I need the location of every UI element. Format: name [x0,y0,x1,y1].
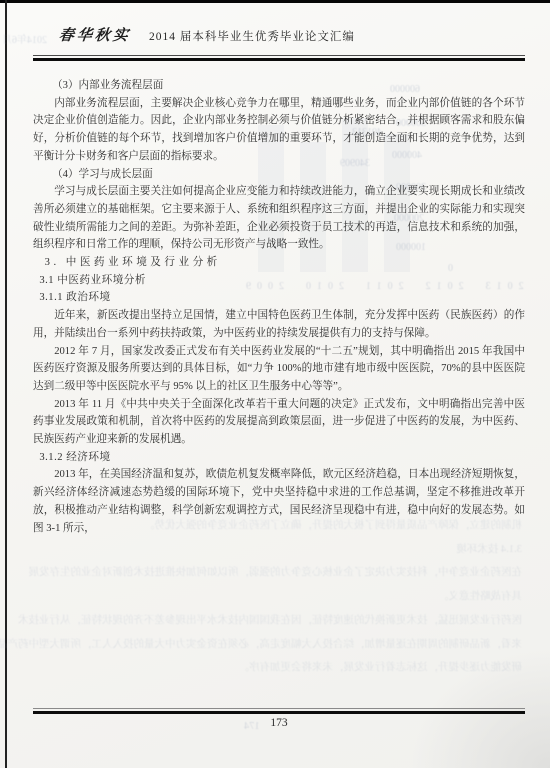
bleed-text-line: 具有战略性意义。 [40,588,522,603]
scan-top-edge [0,0,550,3]
subsection-heading-3-1-1: 3.1.1 政治环境 [33,289,525,307]
page-body-text: （3）内部业务流程层面 内部业务流程层面，主要解决企业核心竞争力在哪里，精通哪些… [33,77,525,537]
footer-rule-thick [33,711,525,714]
collection-logo-calligraphy: 春华秋实 [58,24,132,45]
paragraph-economic: 2013 年，在美国经济温和复苏，欧债危机复发概率降低，欧元区经济趋稳，日本出现… [33,466,525,537]
bleed-text-line: 来看，新品研制的周期在逐量增加，综合投入大幅度走高，必须在资金实力中大量的投入人… [40,636,522,651]
collection-title: 2014 届本科毕业生优秀毕业论文汇编 [149,28,355,44]
subsection-heading-3-1: 3.1 中医药业环境分析 [33,272,525,290]
paragraph-learning-growth: 学习与成长层面主要关注如何提高企业应变能力和持续改进能力，确立企业要实现长期成长… [33,183,525,254]
paragraph-political-1: 近年来，新医改提出坚持立足国情，建立中国特色医药卫生体制，充分发挥中医药（民族医… [33,307,525,342]
section-heading-3: 3. 中医药业环境及行业分析 [33,254,525,272]
subsection-heading-3-1-2: 3.1.2 经济环境 [33,449,525,467]
subheading-learning-growth: （4）学习与成长层面 [33,166,525,184]
header-rule-thin [33,55,525,56]
footer-rule-thin [33,708,525,709]
page-number: 173 [33,717,525,729]
paragraph-political-3: 2013 年 11 月《中共中央关于全面深化改革若干重大问题的决定》正式发布，文… [33,396,525,449]
bleed-text-line: 医药行业发展迅猛，技术更新换代的速度特征，因在我国国内技术水平出现参差不齐的现状… [40,612,522,627]
scanned-page: 600000 500000 400000 300000 200000 10000… [0,0,550,768]
subheading-internal-process: （3）内部业务流程层面 [33,77,525,95]
bleed-text-line: 研发能力逐步提升，这标志着行业发展，未来将会更加有序。 [40,659,522,674]
paragraph-political-2: 2012 年 7 月，国家发改委正式发布有关中医药业发展的“十二五”规划，其中明… [33,343,525,396]
bleed-date: 2014年6月 [2,31,47,46]
header-rule-thick [33,58,525,61]
bleed-text-line: 3.1.4 技术环境 [40,541,522,556]
bleed-text-line: 在医药企业竞争中，科技实力决定了企业核心竞争力的强弱，所以如何加快推进技术创新对… [40,564,522,579]
paragraph-internal-process: 内部业务流程层面，主要解决企业核心竞争力在哪里，精通哪些业务，而企业内部价值链的… [33,95,525,166]
scan-left-edge [5,0,7,768]
